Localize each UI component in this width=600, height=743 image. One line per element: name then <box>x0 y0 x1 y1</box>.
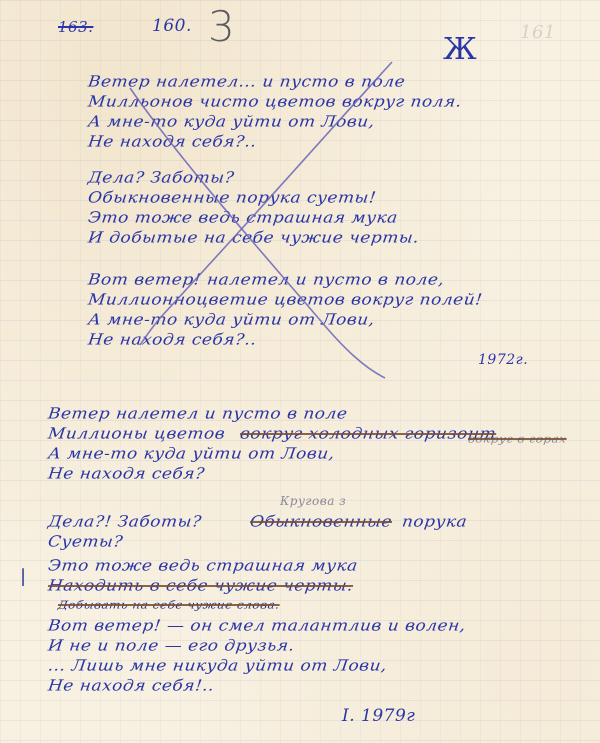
poem-line: Дела? Заботы? <box>87 169 235 187</box>
poem-line-struck: Находить в себе чужие черты. <box>47 577 354 595</box>
poem-line: Дела?! Заботы? <box>47 513 203 531</box>
page-number: 160. <box>152 16 192 36</box>
poem-line: Миллионноцветие цветов вокруг полей! <box>87 291 484 309</box>
manuscript-page: 161 163. 160. 3 Ж Ветер налетел... и пус… <box>0 0 600 743</box>
asterisk-mark: Ж <box>443 32 477 67</box>
poem-line: Суеты? <box>47 533 124 551</box>
poem-line: Обыкновенные порука суеты! <box>87 189 377 207</box>
draft-one-date: 1972г. <box>478 352 528 368</box>
poem-line: Ветер налетел и пусто в поле <box>47 405 349 423</box>
poem-line: Вот ветер! налетел и пусто в поле, <box>87 271 445 289</box>
poem-line: А мне-то куда уйти от Лови, <box>87 311 376 329</box>
struck-insert: вокруг холодных горизонт <box>239 425 497 443</box>
poem-line-struck: Добывать на себе чужие слова. <box>57 599 280 612</box>
poem-line: Не находя себя!.. <box>47 677 215 695</box>
section-mark: 3 <box>208 2 235 51</box>
poem-line: Не находя себя?.. <box>87 133 258 151</box>
margin-tick-mark: | <box>20 566 27 587</box>
superscript-correction: Кругова з <box>280 494 346 508</box>
poem-line: Это тоже ведь страшная мука <box>47 557 359 575</box>
poem-line: Не находя себя? <box>47 465 206 483</box>
poem-line: Вот ветер! — он смел талантлив и волен, <box>47 617 467 635</box>
draft-two-date: I. 1979г <box>342 706 415 726</box>
struck-word: Обыкновенные <box>249 513 393 531</box>
crossed-page-number: 163. <box>58 18 93 36</box>
poem-line: Ветер налетел... и пусто в поле <box>87 73 406 91</box>
poem-line: А мне-то куда уйти от Лови, <box>47 445 336 463</box>
bleed-through-number: 161 <box>520 22 556 43</box>
poem-line: А мне-то куда уйти от Лови, <box>87 113 376 131</box>
poem-line: Это тоже ведь страшная мука <box>87 209 399 227</box>
poem-line: И не и поле — его друзья. <box>47 637 296 655</box>
poem-line: Милльонов чисто цветов вокруг поля. <box>87 93 463 111</box>
poem-line: Не находя себя?.. <box>87 331 258 349</box>
poem-line: И добытые на себе чужие черты. <box>87 229 420 247</box>
margin-struck-note: вокруг в горах <box>467 433 567 446</box>
poem-line: ... Лишь мне никуда уйти от Лови, <box>47 657 388 675</box>
poem-line: порука <box>401 513 468 531</box>
poem-line: Миллионы цветов <box>47 425 226 443</box>
